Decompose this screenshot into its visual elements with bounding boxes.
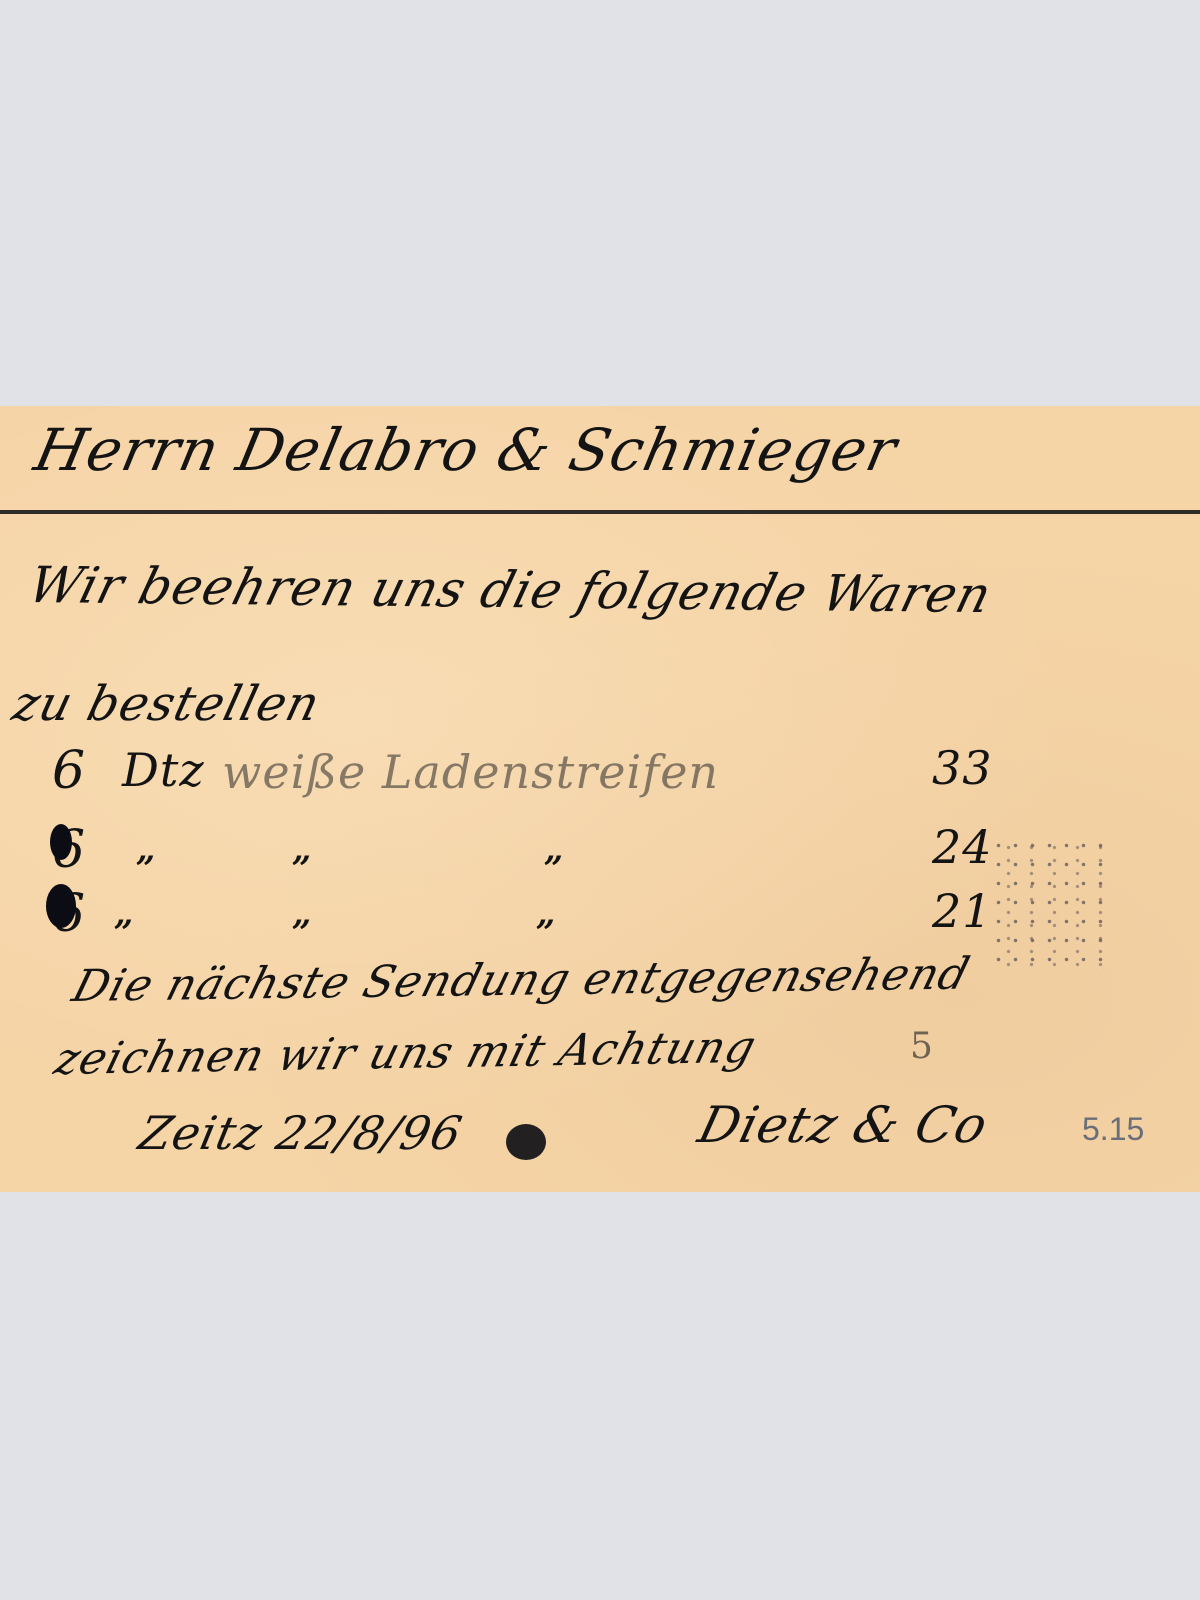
place-and-date: Zeitz 22/8/96 — [134, 1106, 467, 1160]
order-item: 6 „ „ „ 21 — [52, 884, 1112, 944]
item-price: 24 — [932, 820, 993, 874]
item-price: 33 — [932, 741, 993, 795]
signature: Dietz & Co — [693, 1096, 994, 1154]
closing-line-1: Die nächste Sendung entgegensehend — [67, 949, 975, 1012]
ditto-mark: „ — [544, 830, 565, 870]
addressee: Herrn Delabro & Schmieger — [29, 416, 903, 484]
ditto-mark: „ — [114, 894, 135, 934]
postmark-remnant — [990, 836, 1110, 976]
ditto-mark: „ — [136, 830, 157, 870]
closing-line-2: zeichnen wir uns mit Achtung — [49, 1022, 762, 1085]
body-line-1: Wir beehren uns die folgende Waren — [22, 556, 998, 624]
pencil-note: 5.15 — [1082, 1111, 1144, 1148]
pencil-figure: 5 — [910, 1026, 934, 1067]
ink-blot — [46, 884, 76, 928]
ditto-mark: „ — [536, 894, 557, 934]
order-item: 6 Dtz weiße Ladenstreifen 33 — [52, 741, 1112, 801]
postcard: Herrn Delabro & Schmieger Wir beehren un… — [0, 406, 1200, 1192]
item-price: 21 — [932, 884, 993, 938]
address-divider-line — [0, 510, 1200, 514]
order-item: 6 „ „ „ 24 — [52, 820, 1112, 880]
body-line-2: zu bestellen — [7, 676, 326, 732]
item-quantity: 6 — [52, 741, 86, 801]
ink-blot — [506, 1124, 546, 1160]
item-description: weiße Ladenstreifen — [222, 745, 719, 799]
item-unit: Dtz — [122, 743, 205, 797]
ditto-mark: „ — [292, 894, 313, 934]
ink-blot — [50, 824, 72, 860]
ditto-mark: „ — [292, 830, 313, 870]
